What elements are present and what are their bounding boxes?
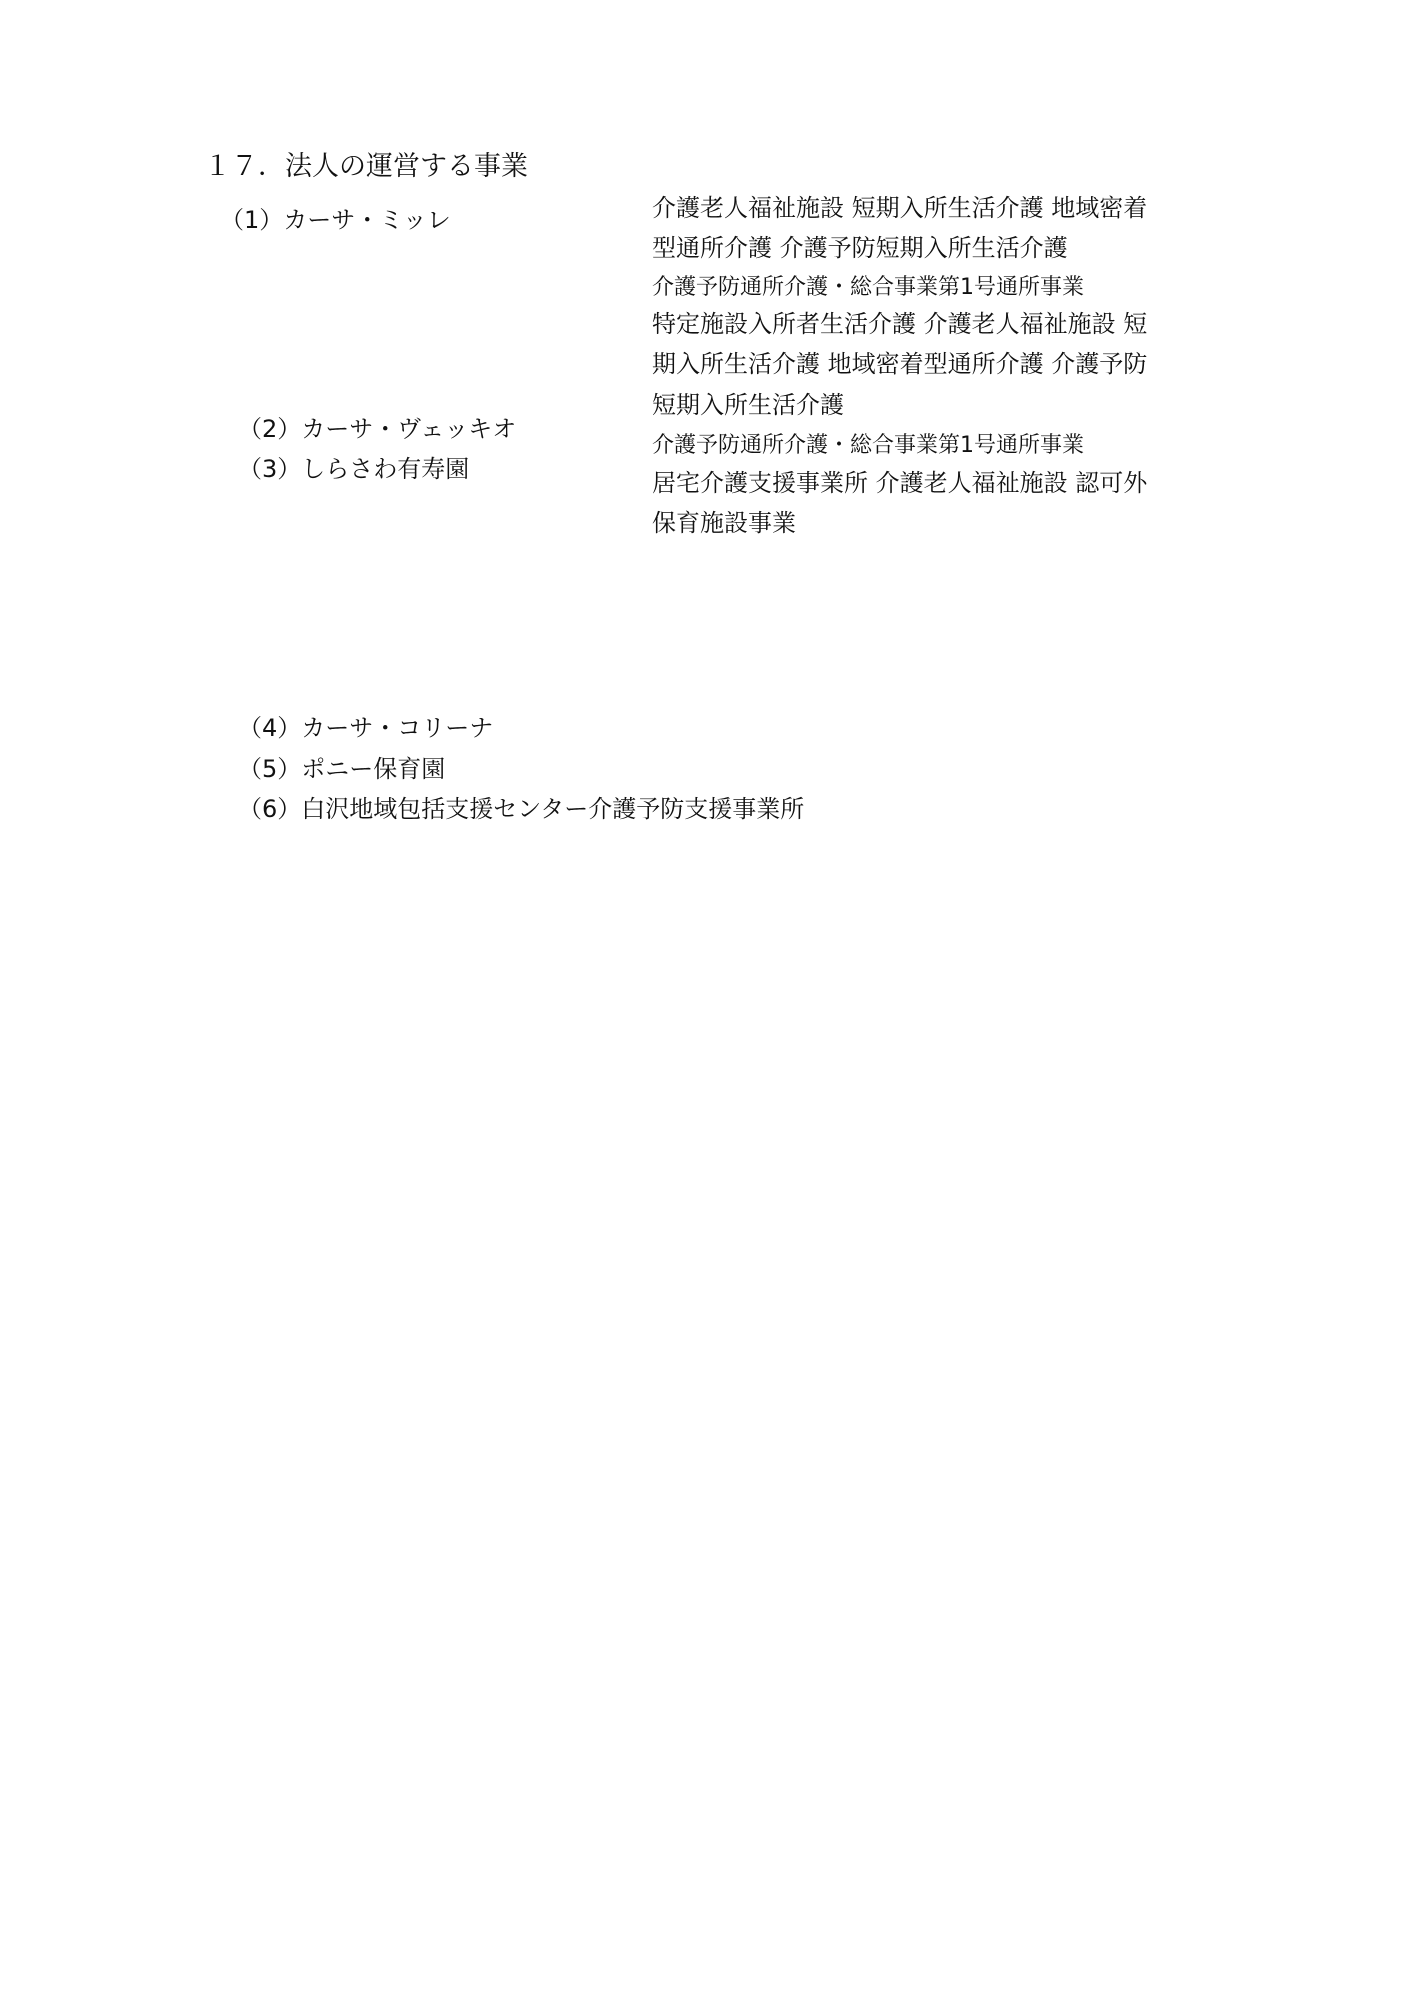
facility-shirasawa-yujuen: （3）しらさわ有寿園 [238,457,469,481]
facility-casa-mille: （1）カーサ・ミッレ [220,208,451,232]
service-line: 介護老人福祉施設 短期入所生活介護 地域密着 [652,196,1147,220]
facility-pony-nursery: （5）ポニー保育園 [238,757,445,781]
service-line: 介護予防通所介護・総合事業第1号通所事業 [652,435,1084,457]
service-line: 特定施設入所者生活介護 介護老人福祉施設 短 [652,312,1147,336]
service-line: 居宅介護支援事業所 介護老人福祉施設 認可外 [652,471,1147,495]
facility-casa-vecchio: （2）カーサ・ヴェッキオ [238,417,516,441]
service-line: 短期入所生活介護 [652,393,844,417]
facility-casa-collina: （4）カーサ・コリーナ [238,716,493,740]
section-title: １７．法人の運営する事業 [204,153,528,180]
service-line: 期入所生活介護 地域密着型通所介護 介護予防 [652,352,1147,376]
service-line: 介護予防通所介護・総合事業第1号通所事業 [652,277,1084,299]
facility-shirasawa-support-center: （6）白沢地域包括支援センター介護予防支援事業所 [238,797,804,821]
service-line: 保育施設事業 [652,511,796,535]
service-line: 型通所介護 介護予防短期入所生活介護 [652,236,1068,260]
